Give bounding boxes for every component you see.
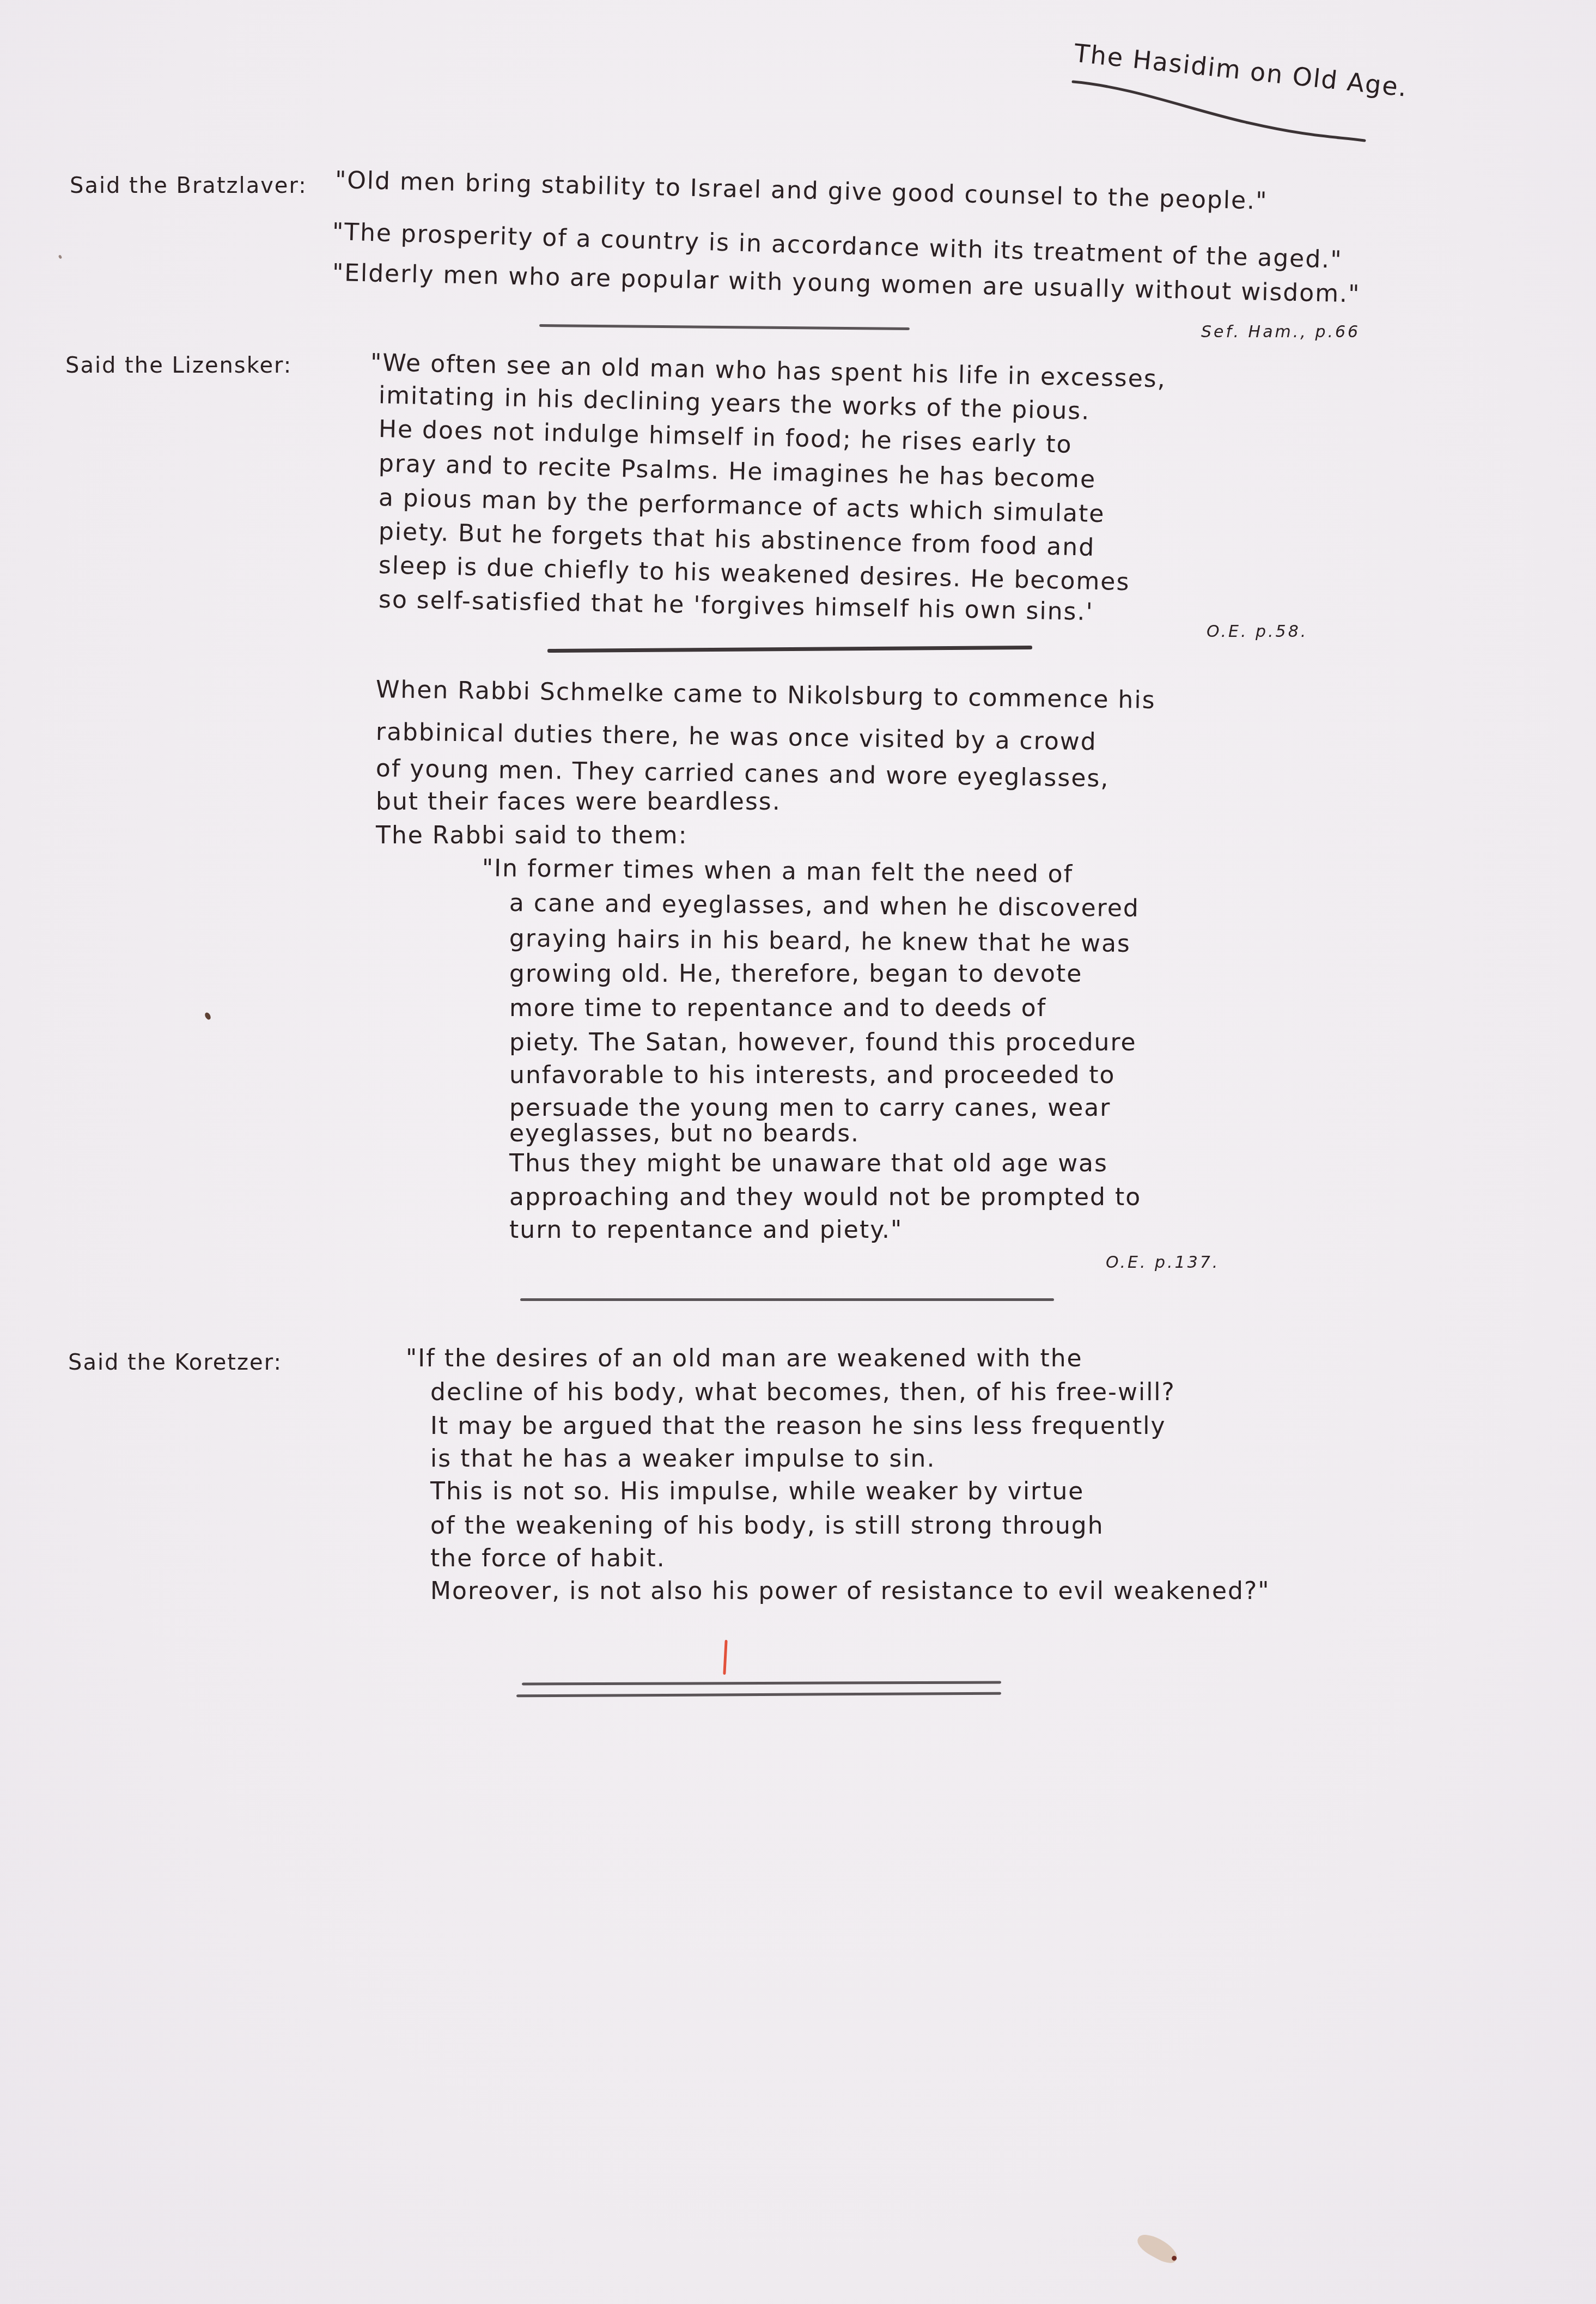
section-divider xyxy=(539,324,910,330)
ink-speck xyxy=(58,254,63,259)
speaker-lizensker: Said the Lizensker: xyxy=(65,353,292,378)
quote-line: "If the desires of an old man are weaken… xyxy=(406,1345,1083,1372)
end-rule-bottom xyxy=(516,1692,1001,1698)
quote-line: "Old men bring stability to Israel and g… xyxy=(334,166,1268,215)
quote-line: "In former times when a man felt the nee… xyxy=(482,854,1074,888)
narrative-line: When Rabbi Schmelke came to Nikolsburg t… xyxy=(376,676,1156,714)
quote-line: unfavorable to his interests, and procee… xyxy=(509,1061,1116,1089)
quote-line: growing old. He, therefore, began to dev… xyxy=(509,960,1082,988)
section-divider xyxy=(520,1298,1054,1301)
narrative-line: The Rabbi said to them: xyxy=(376,822,688,849)
quote-line: This is not so. His impulse, while weake… xyxy=(430,1478,1084,1505)
narrative-line: but their faces were beardless. xyxy=(376,788,781,816)
end-rule-top xyxy=(522,1681,1001,1685)
citation: O.E. p.58. xyxy=(1207,622,1308,641)
ink-speck xyxy=(204,1012,212,1021)
quote-line: Thus they might be unaware that old age … xyxy=(509,1150,1108,1177)
quote-line: approaching and they would not be prompt… xyxy=(509,1183,1141,1211)
quote-line: graying hairs in his beard, he knew that… xyxy=(509,925,1131,958)
quote-line: It may be argued that the reason he sins… xyxy=(430,1412,1166,1440)
quote-line: the force of habit. xyxy=(430,1545,666,1572)
citation: O.E. p.137. xyxy=(1106,1253,1220,1272)
quote-line: eyeglasses, but no beards. xyxy=(509,1120,860,1147)
quote-line: turn to repentance and piety." xyxy=(509,1216,903,1244)
quote-line: is that he has a weaker impulse to sin. xyxy=(430,1445,936,1473)
paper-stain xyxy=(1134,2230,1181,2267)
quote-line: more time to repentance and to deeds of xyxy=(509,994,1046,1022)
citation: Sef. Ham., p.66 xyxy=(1201,323,1360,342)
quote-line: of the weakening of his body, is still s… xyxy=(430,1512,1104,1540)
title-underline xyxy=(1068,71,1373,153)
quote-line: persuade the young men to carry canes, w… xyxy=(509,1094,1111,1122)
quote-line: a cane and eyeglasses, and when he disco… xyxy=(509,889,1140,922)
narrative-line: of young men. They carried canes and wor… xyxy=(376,755,1110,793)
narrative-line: rabbinical duties there, he was once vis… xyxy=(376,718,1097,756)
red-tick-mark xyxy=(723,1640,727,1675)
quote-line: Moreover, is not also his power of resis… xyxy=(430,1577,1270,1605)
section-divider xyxy=(547,646,1032,653)
speaker-koretzer: Said the Koretzer: xyxy=(68,1350,282,1375)
speaker-bratzlaver: Said the Bratzlaver: xyxy=(70,173,307,198)
quote-line: piety. The Satan, however, found this pr… xyxy=(509,1029,1137,1056)
quote-line: decline of his body, what becomes, then,… xyxy=(430,1378,1175,1406)
